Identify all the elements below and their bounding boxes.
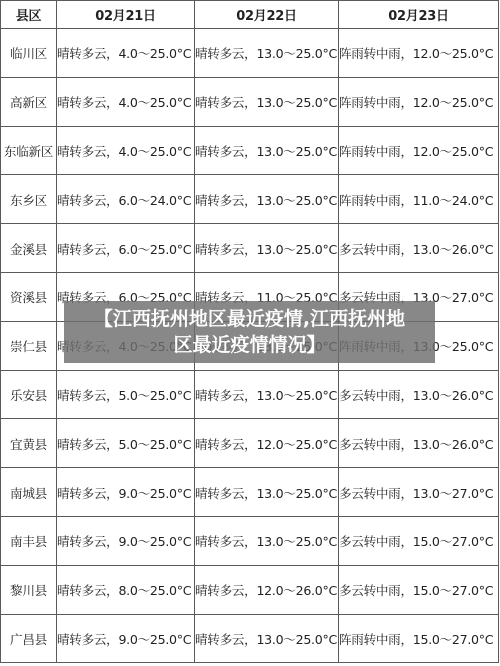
county-cell: 资溪县 — [1, 272, 57, 321]
forecast-cell: 晴转多云，4.0～25.0°C — [57, 29, 195, 78]
forecast-cell: 多云转中雨，13.0～26.0°C — [339, 419, 499, 468]
overlay-title-line-1: 【江西抚州地区最近疫情,江西抚州地 — [64, 306, 435, 332]
overlay-title-line-2: 区最近疫情情况】 — [64, 332, 435, 358]
county-cell: 南丰县 — [1, 516, 57, 565]
county-cell: 宜黄县 — [1, 419, 57, 468]
forecast-cell: 晴转多云，6.0～25.0°C — [57, 224, 195, 273]
forecast-cell: 晴转多云，13.0～25.0°C — [195, 224, 339, 273]
county-cell: 黎川县 — [1, 565, 57, 614]
header-date-2: 02月22日 — [195, 1, 339, 29]
table-row: 乐安县晴转多云，5.0～25.0°C晴转多云，13.0～25.0°C多云转中雨，… — [1, 370, 499, 419]
county-cell: 崇仁县 — [1, 321, 57, 370]
forecast-cell: 晴转多云，13.0～25.0°C — [195, 370, 339, 419]
county-cell: 金溪县 — [1, 224, 57, 273]
forecast-cell: 晴转多云，12.0～26.0°C — [195, 565, 339, 614]
forecast-cell: 晴转多云，13.0～25.0°C — [195, 77, 339, 126]
forecast-cell: 阵雨转中雨，12.0～25.0°C — [339, 77, 499, 126]
county-cell: 临川区 — [1, 29, 57, 78]
county-cell: 东乡区 — [1, 175, 57, 224]
forecast-cell: 晴转多云，9.0～25.0°C — [57, 516, 195, 565]
forecast-cell: 晴转多云，5.0～25.0°C — [57, 370, 195, 419]
county-cell: 南城县 — [1, 468, 57, 517]
forecast-cell: 阵雨转中雨，11.0～24.0°C — [339, 175, 499, 224]
forecast-cell: 晴转多云，4.0～25.0°C — [57, 77, 195, 126]
forecast-cell: 晴转多云，9.0～25.0°C — [57, 614, 195, 663]
table-row: 东乡区晴转多云，6.0～24.0°C晴转多云，13.0～25.0°C阵雨转中雨，… — [1, 175, 499, 224]
table-row: 东临新区晴转多云，4.0～25.0°C晴转多云，13.0～25.0°C阵雨转中雨… — [1, 126, 499, 175]
forecast-cell: 晴转多云，4.0～25.0°C — [57, 126, 195, 175]
county-cell: 东临新区 — [1, 126, 57, 175]
forecast-cell: 阵雨转中雨，12.0～25.0°C — [339, 29, 499, 78]
forecast-cell: 多云转中雨，13.0～26.0°C — [339, 224, 499, 273]
table-header-row: 县区 02月21日 02月22日 02月23日 — [1, 1, 499, 29]
forecast-cell: 阵雨转中雨，12.0～25.0°C — [339, 126, 499, 175]
forecast-cell: 阵雨转中雨，15.0～27.0°C — [339, 614, 499, 663]
forecast-cell: 晴转多云，13.0～25.0°C — [195, 126, 339, 175]
table-row: 宜黄县晴转多云，5.0～25.0°C晴转多云，12.0～25.0°C多云转中雨，… — [1, 419, 499, 468]
header-county: 县区 — [1, 1, 57, 29]
forecast-cell: 晴转多云，13.0～25.0°C — [195, 468, 339, 517]
forecast-cell: 晴转多云，13.0～25.0°C — [195, 516, 339, 565]
county-cell: 乐安县 — [1, 370, 57, 419]
table-row: 南丰县晴转多云，9.0～25.0°C晴转多云，13.0～25.0°C多云转中雨，… — [1, 516, 499, 565]
forecast-cell: 多云转中雨，15.0～27.0°C — [339, 565, 499, 614]
table-row: 南城县晴转多云，9.0～25.0°C晴转多云，13.0～25.0°C多云转中雨，… — [1, 468, 499, 517]
title-overlay-banner: 【江西抚州地区最近疫情,江西抚州地 区最近疫情情况】 — [64, 301, 435, 363]
header-date-1: 02月21日 — [57, 1, 195, 29]
table-row: 临川区晴转多云，4.0～25.0°C晴转多云，13.0～25.0°C阵雨转中雨，… — [1, 29, 499, 78]
table-row: 黎川县晴转多云，8.0～25.0°C晴转多云，12.0～26.0°C多云转中雨，… — [1, 565, 499, 614]
forecast-cell: 多云转中雨，15.0～27.0°C — [339, 516, 499, 565]
forecast-cell: 晴转多云，9.0～25.0°C — [57, 468, 195, 517]
forecast-cell: 晴转多云，13.0～25.0°C — [195, 175, 339, 224]
forecast-cell: 晴转多云，12.0～25.0°C — [195, 419, 339, 468]
forecast-cell: 多云转中雨，13.0～27.0°C — [339, 468, 499, 517]
table-row: 广昌县晴转多云，9.0～25.0°C晴转多云，13.0～25.0°C阵雨转中雨，… — [1, 614, 499, 663]
forecast-cell: 多云转中雨，13.0～26.0°C — [339, 370, 499, 419]
table-row: 高新区晴转多云，4.0～25.0°C晴转多云，13.0～25.0°C阵雨转中雨，… — [1, 77, 499, 126]
forecast-cell: 晴转多云，13.0～25.0°C — [195, 614, 339, 663]
table-row: 金溪县晴转多云，6.0～25.0°C晴转多云，13.0～25.0°C多云转中雨，… — [1, 224, 499, 273]
forecast-cell: 晴转多云，13.0～25.0°C — [195, 29, 339, 78]
forecast-cell: 晴转多云，6.0～24.0°C — [57, 175, 195, 224]
forecast-cell: 晴转多云，5.0～25.0°C — [57, 419, 195, 468]
county-cell: 广昌县 — [1, 614, 57, 663]
county-cell: 高新区 — [1, 77, 57, 126]
forecast-cell: 晴转多云，8.0～25.0°C — [57, 565, 195, 614]
header-date-3: 02月23日 — [339, 1, 499, 29]
